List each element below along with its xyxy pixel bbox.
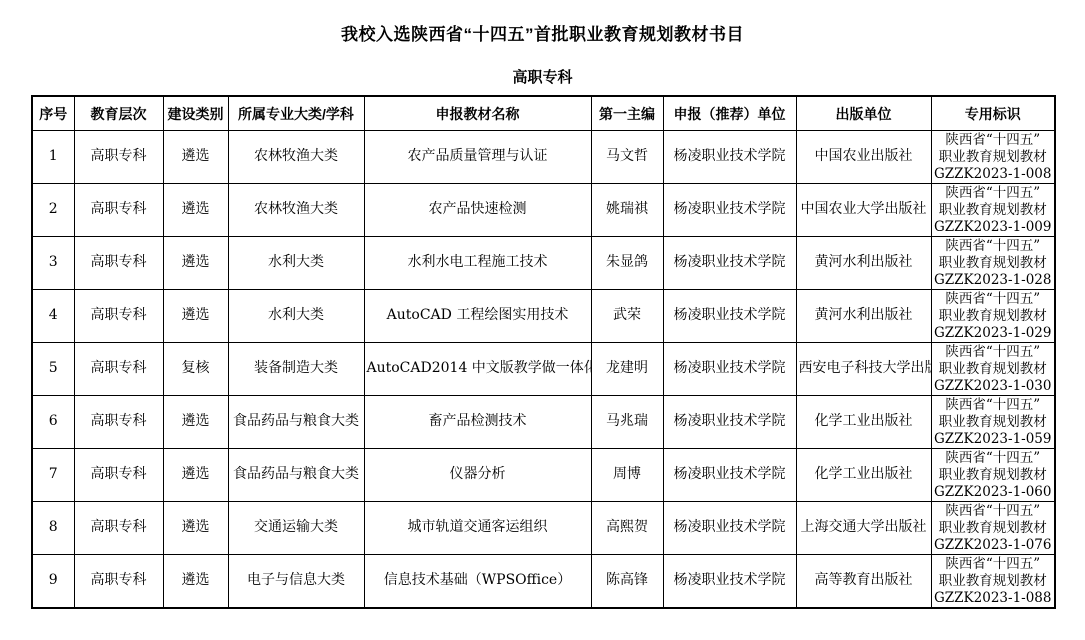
cell-chief-editor: 朱显鸽: [591, 237, 663, 290]
cell-construction-category: 遴选: [163, 290, 228, 343]
cell-serial-number: 9: [32, 555, 74, 609]
cell-chief-editor: 龙建明: [591, 343, 663, 396]
cell-education-level: 高职专科: [74, 555, 163, 609]
cell-publisher: 上海交通大学出版社: [796, 502, 931, 555]
column-header-major-group: 所属专业大类/学科: [228, 96, 364, 131]
cell-serial-number: 7: [32, 449, 74, 502]
column-header-textbook-name: 申报教材名称: [364, 96, 591, 131]
cell-education-level: 高职专科: [74, 237, 163, 290]
table-row: 1高职专科遴选农林牧渔大类农产品质量管理与认证马文哲杨凌职业技术学院中国农业出版…: [32, 131, 1055, 184]
cell-major-group: 水利大类: [228, 237, 364, 290]
cell-construction-category: 遴选: [163, 502, 228, 555]
cell-serial-number: 4: [32, 290, 74, 343]
cell-applicant-unit: 杨凌职业技术学院: [663, 396, 796, 449]
column-header-applicant-unit: 申报（推荐）单位: [663, 96, 796, 131]
cell-major-group: 农林牧渔大类: [228, 184, 364, 237]
cell-publisher: 化学工业出版社: [796, 449, 931, 502]
cell-chief-editor: 陈高锋: [591, 555, 663, 609]
cell-major-group: 农林牧渔大类: [228, 131, 364, 184]
document-title: 我校入选陕西省“十四五”首批职业教育规划教材书目: [0, 20, 1085, 45]
table-row: 8高职专科遴选交通运输大类城市轨道交通客运组织高熙贺杨凌职业技术学院上海交通大学…: [32, 502, 1055, 555]
cell-construction-category: 遴选: [163, 555, 228, 609]
column-header-serial-number: 序号: [32, 96, 74, 131]
cell-chief-editor: 武荣: [591, 290, 663, 343]
table-row: 5高职专科复核装备制造大类AutoCAD2014 中文版教学做一体化教程龙建明杨…: [32, 343, 1055, 396]
cell-publisher: 中国农业大学出版社: [796, 184, 931, 237]
cell-construction-category: 遴选: [163, 396, 228, 449]
cell-publisher: 黄河水利出版社: [796, 290, 931, 343]
cell-major-group: 装备制造大类: [228, 343, 364, 396]
cell-education-level: 高职专科: [74, 449, 163, 502]
cell-major-group: 食品药品与粮食大类: [228, 396, 364, 449]
cell-education-level: 高职专科: [74, 131, 163, 184]
column-header-construction-category: 建设类别: [163, 96, 228, 131]
cell-textbook-name: 农产品快速检测: [364, 184, 591, 237]
cell-chief-editor: 姚瑞祺: [591, 184, 663, 237]
cell-applicant-unit: 杨凌职业技术学院: [663, 290, 796, 343]
cell-publisher: 黄河水利出版社: [796, 237, 931, 290]
column-header-publisher: 出版单位: [796, 96, 931, 131]
cell-education-level: 高职专科: [74, 396, 163, 449]
cell-textbook-name: 畜产品检测技术: [364, 396, 591, 449]
cell-textbook-name: AutoCAD 工程绘图实用技术: [364, 290, 591, 343]
cell-major-group: 电子与信息大类: [228, 555, 364, 609]
cell-textbook-name: 水利水电工程施工技术: [364, 237, 591, 290]
textbook-table: 序号 教育层次 建设类别 所属专业大类/学科 申报教材名称 第一主编 申报（推荐…: [31, 95, 1056, 609]
cell-education-level: 高职专科: [74, 343, 163, 396]
cell-textbook-name: 农产品质量管理与认证: [364, 131, 591, 184]
cell-major-group: 水利大类: [228, 290, 364, 343]
column-header-chief-editor: 第一主编: [591, 96, 663, 131]
cell-serial-number: 3: [32, 237, 74, 290]
cell-identifier: 陕西省“十四五” 职业教育规划教材 GZZK2023-1-029: [931, 290, 1055, 343]
cell-identifier: 陕西省“十四五” 职业教育规划教材 GZZK2023-1-059: [931, 396, 1055, 449]
cell-textbook-name: 信息技术基础（WPSOffice）: [364, 555, 591, 609]
cell-identifier: 陕西省“十四五” 职业教育规划教材 GZZK2023-1-028: [931, 237, 1055, 290]
column-header-identifier: 专用标识: [931, 96, 1055, 131]
cell-publisher: 西安电子科技大学出版社: [796, 343, 931, 396]
cell-education-level: 高职专科: [74, 502, 163, 555]
table-row: 6高职专科遴选食品药品与粮食大类畜产品检测技术马兆瑞杨凌职业技术学院化学工业出版…: [32, 396, 1055, 449]
cell-identifier: 陕西省“十四五” 职业教育规划教材 GZZK2023-1-009: [931, 184, 1055, 237]
table-row: 2高职专科遴选农林牧渔大类农产品快速检测姚瑞祺杨凌职业技术学院中国农业大学出版社…: [32, 184, 1055, 237]
section-subtitle: 高职专科: [0, 66, 1085, 87]
cell-publisher: 中国农业出版社: [796, 131, 931, 184]
cell-major-group: 交通运输大类: [228, 502, 364, 555]
cell-serial-number: 1: [32, 131, 74, 184]
cell-identifier: 陕西省“十四五” 职业教育规划教材 GZZK2023-1-060: [931, 449, 1055, 502]
cell-applicant-unit: 杨凌职业技术学院: [663, 237, 796, 290]
cell-construction-category: 复核: [163, 343, 228, 396]
table-body: 1高职专科遴选农林牧渔大类农产品质量管理与认证马文哲杨凌职业技术学院中国农业出版…: [32, 131, 1055, 609]
cell-serial-number: 6: [32, 396, 74, 449]
cell-major-group: 食品药品与粮食大类: [228, 449, 364, 502]
cell-publisher: 高等教育出版社: [796, 555, 931, 609]
cell-construction-category: 遴选: [163, 184, 228, 237]
cell-chief-editor: 马兆瑞: [591, 396, 663, 449]
cell-textbook-name: 城市轨道交通客运组织: [364, 502, 591, 555]
cell-identifier: 陕西省“十四五” 职业教育规划教材 GZZK2023-1-030: [931, 343, 1055, 396]
cell-identifier: 陕西省“十四五” 职业教育规划教材 GZZK2023-1-008: [931, 131, 1055, 184]
cell-construction-category: 遴选: [163, 131, 228, 184]
table-header-row: 序号 教育层次 建设类别 所属专业大类/学科 申报教材名称 第一主编 申报（推荐…: [32, 96, 1055, 131]
cell-chief-editor: 马文哲: [591, 131, 663, 184]
table-row: 4高职专科遴选水利大类AutoCAD 工程绘图实用技术武荣杨凌职业技术学院黄河水…: [32, 290, 1055, 343]
cell-serial-number: 2: [32, 184, 74, 237]
cell-applicant-unit: 杨凌职业技术学院: [663, 131, 796, 184]
cell-chief-editor: 高熙贺: [591, 502, 663, 555]
cell-education-level: 高职专科: [74, 184, 163, 237]
cell-applicant-unit: 杨凌职业技术学院: [663, 502, 796, 555]
cell-publisher: 化学工业出版社: [796, 396, 931, 449]
cell-applicant-unit: 杨凌职业技术学院: [663, 184, 796, 237]
cell-applicant-unit: 杨凌职业技术学院: [663, 449, 796, 502]
table-row: 7高职专科遴选食品药品与粮食大类仪器分析周博杨凌职业技术学院化学工业出版社陕西省…: [32, 449, 1055, 502]
table-row: 9高职专科遴选电子与信息大类信息技术基础（WPSOffice）陈高锋杨凌职业技术…: [32, 555, 1055, 609]
cell-chief-editor: 周博: [591, 449, 663, 502]
cell-applicant-unit: 杨凌职业技术学院: [663, 343, 796, 396]
cell-textbook-name: AutoCAD2014 中文版教学做一体化教程: [364, 343, 591, 396]
cell-construction-category: 遴选: [163, 237, 228, 290]
column-header-education-level: 教育层次: [74, 96, 163, 131]
cell-textbook-name: 仪器分析: [364, 449, 591, 502]
cell-identifier: 陕西省“十四五” 职业教育规划教材 GZZK2023-1-076: [931, 502, 1055, 555]
cell-education-level: 高职专科: [74, 290, 163, 343]
table-row: 3高职专科遴选水利大类水利水电工程施工技术朱显鸽杨凌职业技术学院黄河水利出版社陕…: [32, 237, 1055, 290]
cell-serial-number: 5: [32, 343, 74, 396]
cell-applicant-unit: 杨凌职业技术学院: [663, 555, 796, 609]
cell-identifier: 陕西省“十四五” 职业教育规划教材 GZZK2023-1-088: [931, 555, 1055, 609]
cell-serial-number: 8: [32, 502, 74, 555]
cell-construction-category: 遴选: [163, 449, 228, 502]
